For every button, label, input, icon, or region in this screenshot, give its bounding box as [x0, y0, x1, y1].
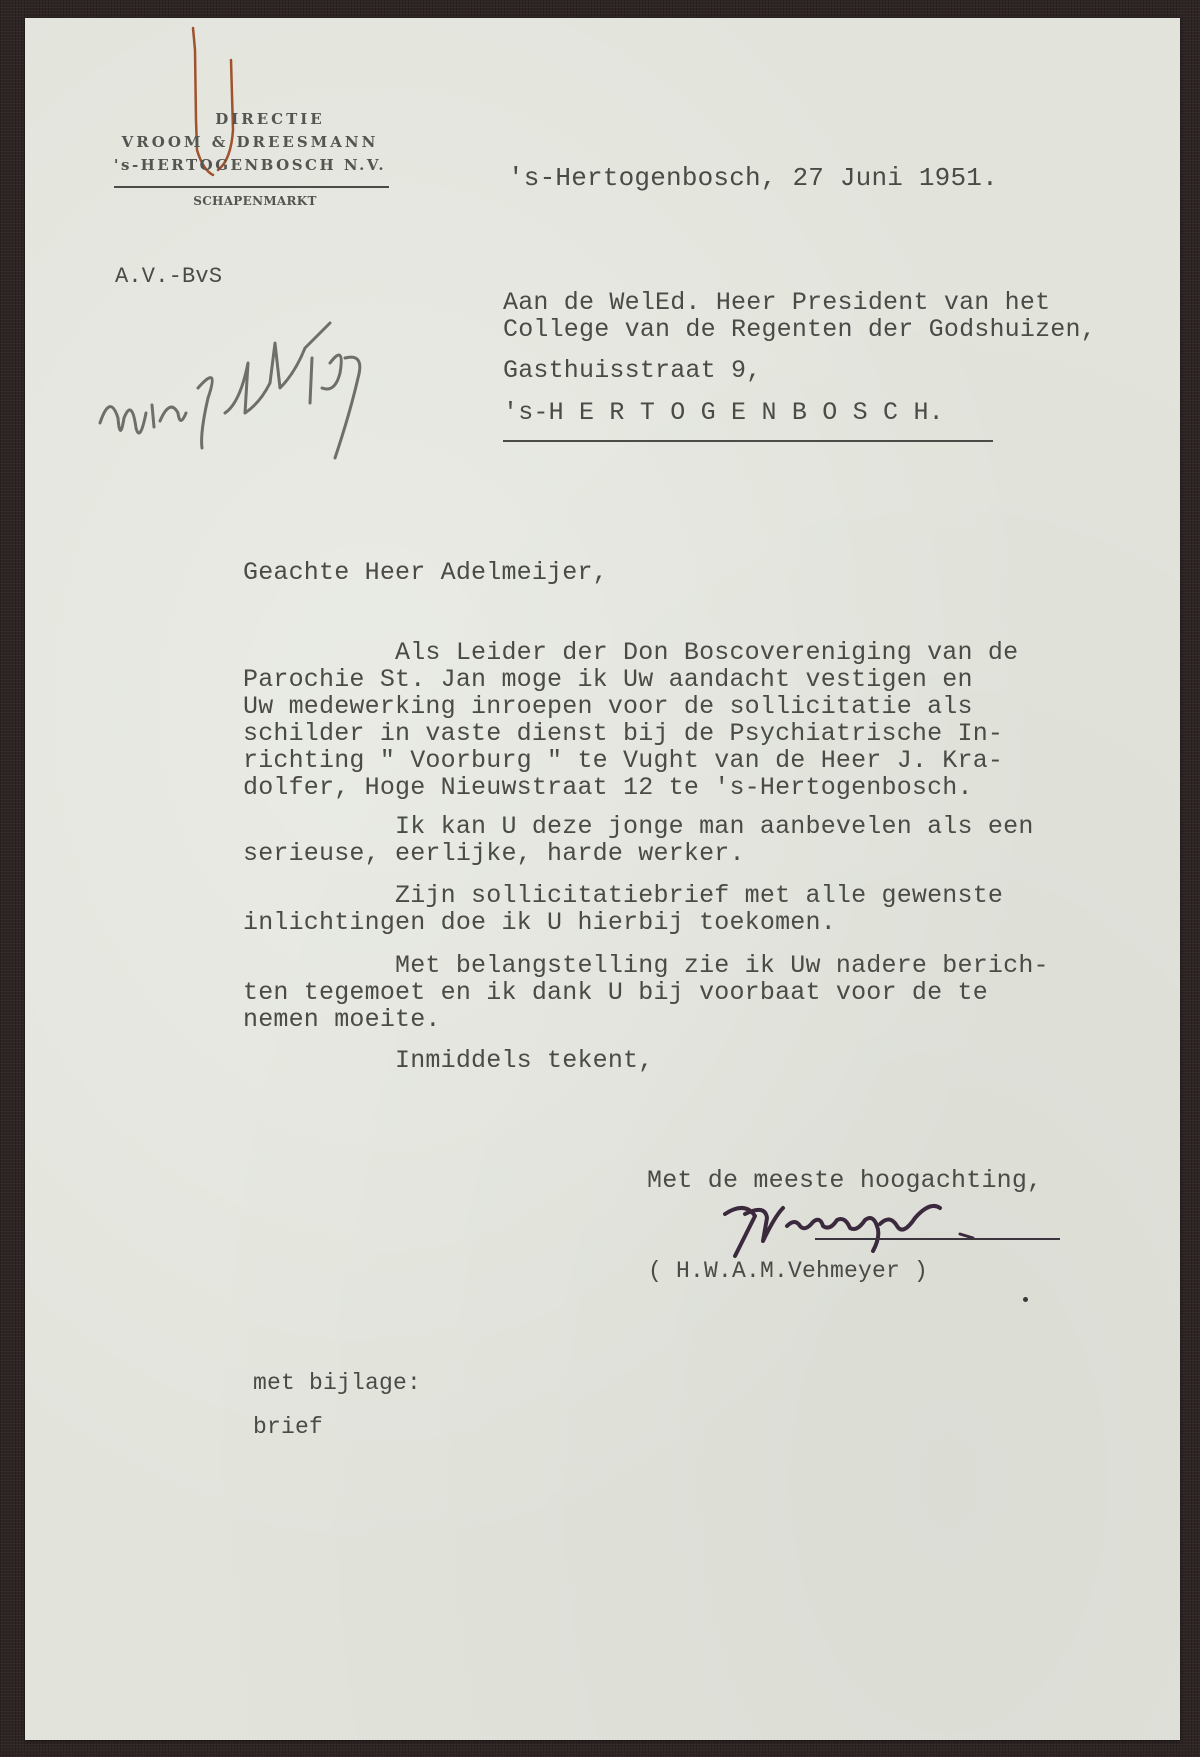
addressee-line1: Aan de WelEd. Heer President van het — [503, 288, 1050, 317]
body-p1-line4: schilder in vaste dienst bij de Psychiat… — [243, 719, 1003, 748]
letterhead-divider — [114, 186, 389, 188]
body-p4-line1: Met belangstelling zie ik Uw nadere beri… — [243, 951, 1049, 980]
body-p3-line1: Zijn sollicitatiebrief met alle gewenste — [243, 881, 1003, 910]
letter-page: DIRECTIE VROOM & DREESMANN 's-HERTOGENBO… — [25, 18, 1180, 1740]
letterhead-directie: DIRECTIE — [135, 110, 405, 128]
ink-dot — [1023, 1297, 1028, 1302]
body-p1-line6: dolfer, Hoge Nieuwstraat 12 te 's-Hertog… — [243, 773, 973, 802]
body-p4-line3: nemen moeite. — [243, 1005, 441, 1034]
body-p1-line5: richting " Voorburg " te Vught van de He… — [243, 746, 1003, 775]
body-p1-line3: Uw medewerking inroepen voor de sollicit… — [243, 692, 973, 721]
date-line: 's-Hertogenbosch, 27 Juni 1951. — [508, 163, 998, 193]
handwritten-note-icon — [90, 303, 400, 478]
body-p5: Inmiddels tekent, — [243, 1046, 653, 1075]
addressee-street: Gasthuisstraat 9, — [503, 356, 761, 385]
body-p4-line2: ten tegemoet en ik dank U bij voorbaat v… — [243, 978, 988, 1007]
addressee-city: 's-H E R T O G E N B O S C H. — [503, 398, 944, 427]
enclosure-item: brief — [253, 1414, 323, 1440]
body-p3-line2: inlichtingen doe ik U hierbij toekomen. — [243, 908, 836, 937]
body-p2-line2: serieuse, eerlijke, harde werker. — [243, 839, 745, 868]
addressee-underline — [503, 440, 993, 442]
closing: Met de meeste hoogachting, — [647, 1166, 1042, 1195]
reference-code: A.V.-BvS — [115, 264, 222, 289]
body-p1-line2: Parochie St. Jan moge ik Uw aandacht ves… — [243, 665, 973, 694]
letterhead-street: SCHAPENMARKT — [135, 194, 375, 208]
enclosure-label: met bijlage: — [253, 1370, 421, 1396]
letterhead-city: 's-HERTOGENBOSCH N.V. — [100, 156, 400, 174]
body-p1-line1: Als Leider der Don Boscovereniging van d… — [243, 638, 1018, 667]
signature-line — [815, 1238, 1060, 1240]
body-p2-line1: Ik kan U deze jonge man aanbevelen als e… — [243, 812, 1034, 841]
addressee-line2: College van de Regenten der Godshuizen, — [503, 315, 1096, 344]
signature-icon — [705, 1196, 1005, 1266]
letterhead-company: VROOM & DREESMANN — [100, 133, 400, 151]
salutation: Geachte Heer Adelmeijer, — [243, 558, 608, 587]
signatory-name: ( H.W.A.M.Vehmeyer ) — [648, 1258, 928, 1284]
